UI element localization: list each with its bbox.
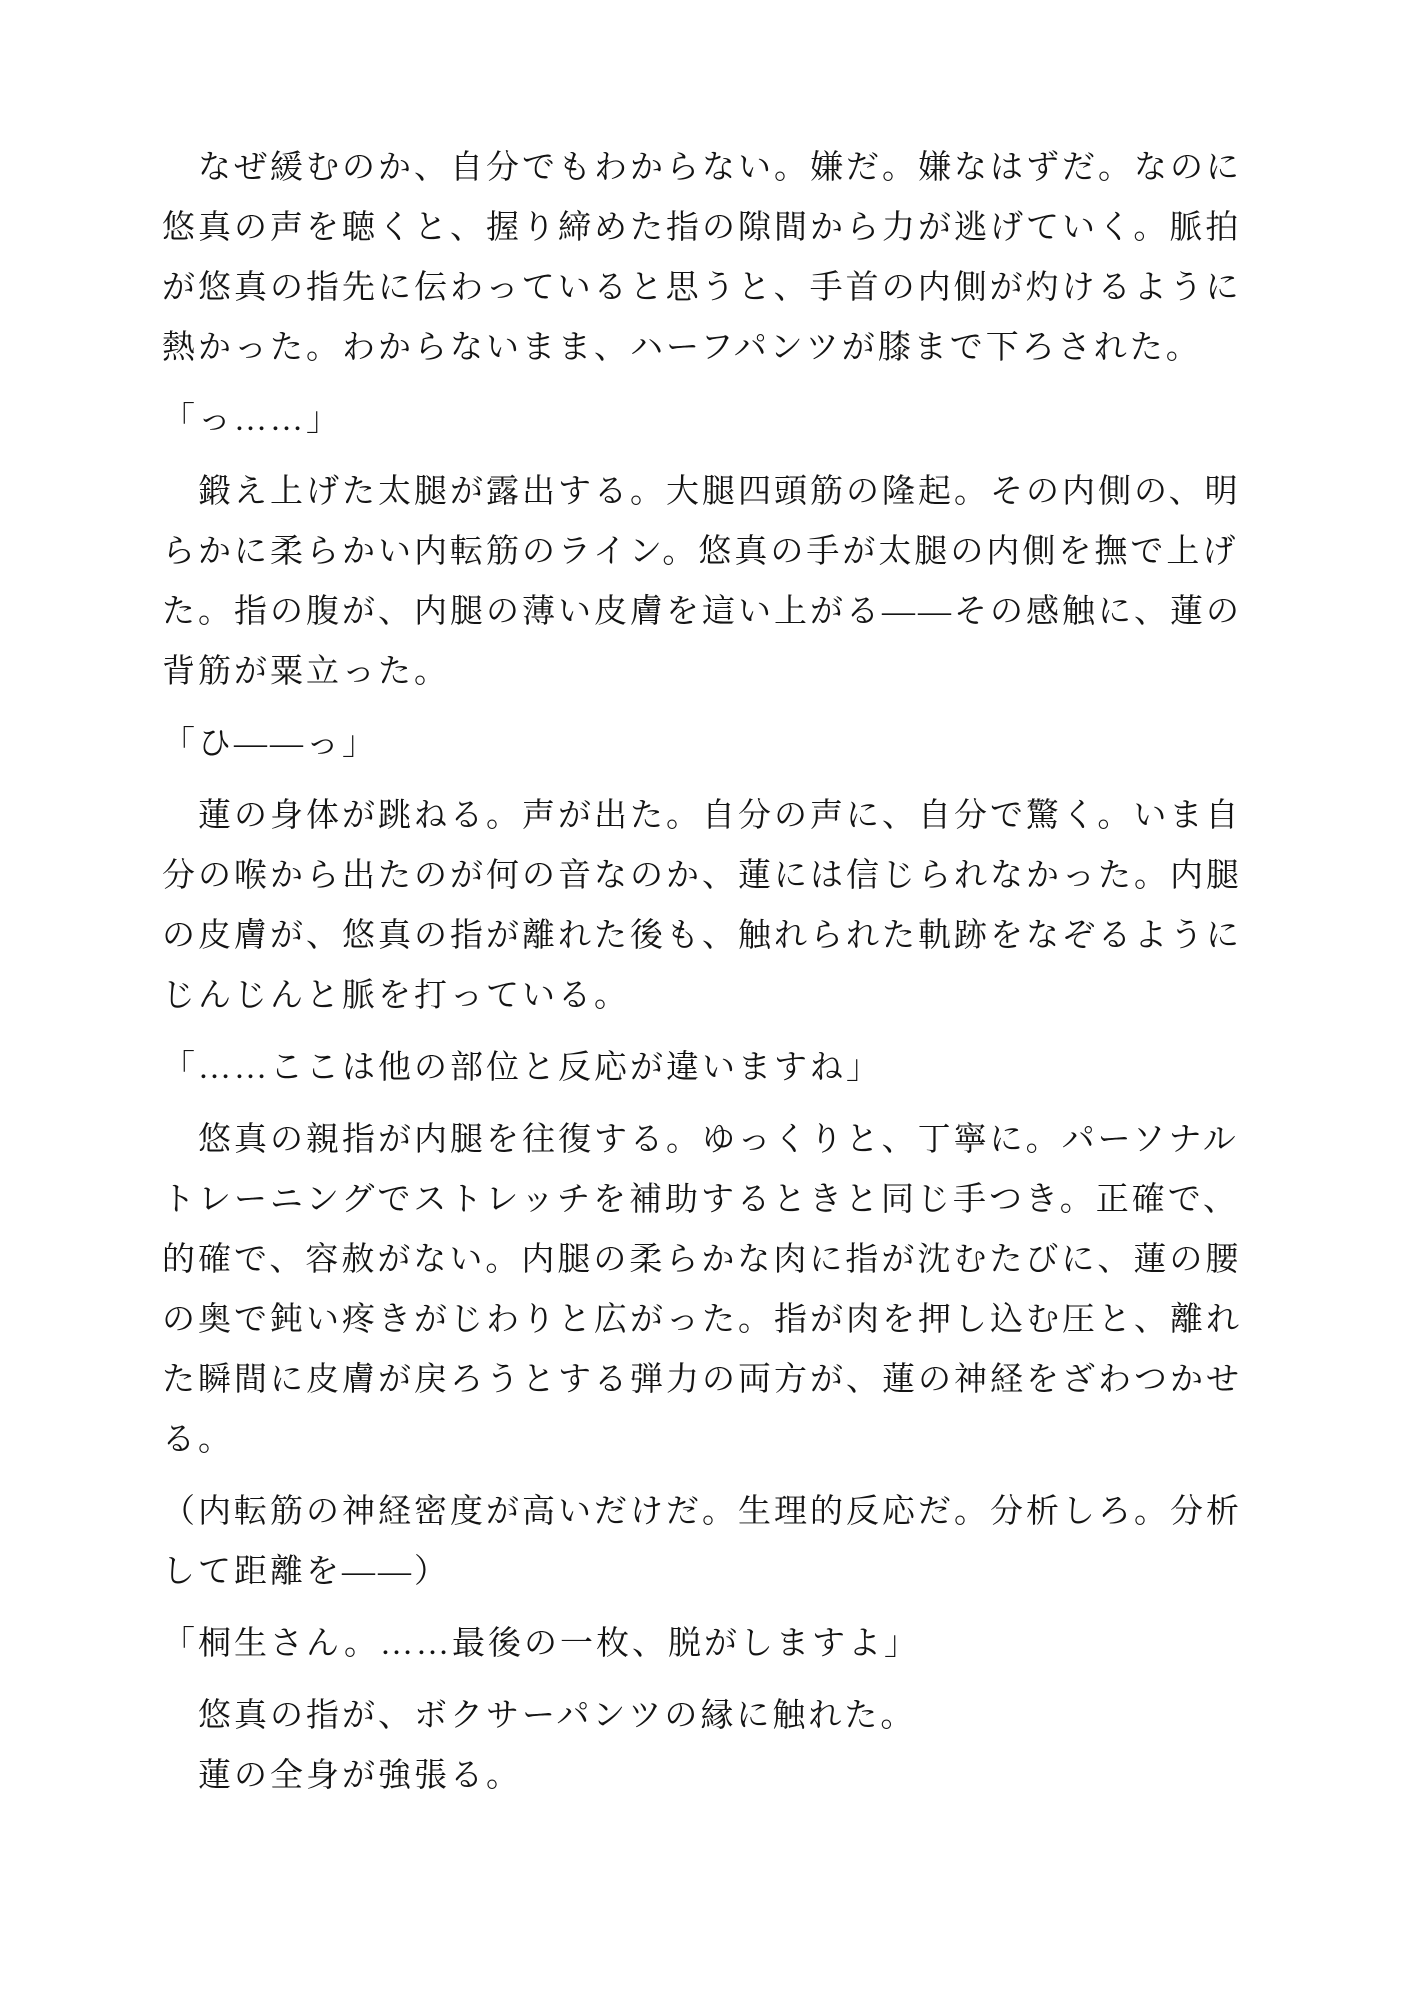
text-column: なぜ緩むのか、自分でもわからない。嫌だ。嫌なはずだ。なのに悠真の声を聴くと、握り…	[162, 138, 1248, 1806]
text-line: の奥で鈍い疼きがじわりと広がった。指が肉を押し込む圧と、離れ	[162, 1290, 1248, 1350]
text-line: 「っ……」	[162, 390, 1248, 450]
text-line: （内転筋の神経密度が高いだけだ。生理的反応だ。分析しろ。分析	[162, 1482, 1248, 1542]
text-line: 蓮の全身が強張る。	[162, 1746, 1248, 1806]
text-line: 悠真の指が、ボクサーパンツの縁に触れた。	[162, 1686, 1248, 1746]
text-line: トレーニングでストレッチを補助するときと同じ手つき。正確で、	[162, 1170, 1248, 1230]
inner-thought-block: （内転筋の神経密度が高いだけだ。生理的反応だ。分析しろ。分析して距離を——）	[162, 1482, 1248, 1602]
text-line: 熱かった。わからないまま、ハーフパンツが膝まで下ろされた。	[162, 318, 1248, 378]
text-line: 悠真の親指が内腿を往復する。ゆっくりと、丁寧に。パーソナル	[162, 1110, 1248, 1170]
text-line: 的確で、容赦がない。内腿の柔らかな肉に指が沈むたびに、蓮の腰	[162, 1230, 1248, 1290]
text-line: 「桐生さん。……最後の一枚、脱がしますよ」	[162, 1614, 1248, 1674]
text-line: 鍛え上げた太腿が露出する。大腿四頭筋の隆起。その内側の、明	[162, 462, 1248, 522]
dialogue-block: 「……ここは他の部位と反応が違いますね」	[162, 1038, 1248, 1098]
text-line: 「……ここは他の部位と反応が違いますね」	[162, 1038, 1248, 1098]
dialogue-block: 「桐生さん。……最後の一枚、脱がしますよ」	[162, 1614, 1248, 1674]
novel-page: なぜ緩むのか、自分でもわからない。嫌だ。嫌なはずだ。なのに悠真の声を聴くと、握り…	[0, 0, 1415, 2000]
narration-block: なぜ緩むのか、自分でもわからない。嫌だ。嫌なはずだ。なのに悠真の声を聴くと、握り…	[162, 138, 1248, 378]
text-line: して距離を——）	[162, 1542, 1248, 1602]
text-line: た。指の腹が、内腿の薄い皮膚を這い上がる——その感触に、蓮の	[162, 582, 1248, 642]
text-line: た瞬間に皮膚が戻ろうとする弾力の両方が、蓮の神経をざわつかせ	[162, 1350, 1248, 1410]
narration-block: 鍛え上げた太腿が露出する。大腿四頭筋の隆起。その内側の、明らかに柔らかい内転筋の…	[162, 462, 1248, 702]
text-line: が悠真の指先に伝わっていると思うと、手首の内側が灼けるように	[162, 258, 1248, 318]
text-line: る。	[162, 1410, 1248, 1470]
text-line: 分の喉から出たのが何の音なのか、蓮には信じられなかった。内腿	[162, 846, 1248, 906]
text-line: の皮膚が、悠真の指が離れた後も、触れられた軌跡をなぞるように	[162, 906, 1248, 966]
dialogue-block: 「ひ——っ」	[162, 714, 1248, 774]
narration-block: 悠真の親指が内腿を往復する。ゆっくりと、丁寧に。パーソナルトレーニングでストレッ…	[162, 1110, 1248, 1470]
narration-block: 蓮の身体が跳ねる。声が出た。自分の声に、自分で驚く。いま自分の喉から出たのが何の…	[162, 786, 1248, 1026]
text-line: らかに柔らかい内転筋のライン。悠真の手が太腿の内側を撫で上げ	[162, 522, 1248, 582]
text-line: 「ひ——っ」	[162, 714, 1248, 774]
text-line: じんじんと脈を打っている。	[162, 966, 1248, 1026]
text-line: 蓮の身体が跳ねる。声が出た。自分の声に、自分で驚く。いま自	[162, 786, 1248, 846]
text-line: 悠真の声を聴くと、握り締めた指の隙間から力が逃げていく。脈拍	[162, 198, 1248, 258]
dialogue-block: 「っ……」	[162, 390, 1248, 450]
narration-block: 悠真の指が、ボクサーパンツの縁に触れた。 蓮の全身が強張る。	[162, 1686, 1248, 1806]
text-line: 背筋が粟立った。	[162, 642, 1248, 702]
text-line: なぜ緩むのか、自分でもわからない。嫌だ。嫌なはずだ。なのに	[162, 138, 1248, 198]
